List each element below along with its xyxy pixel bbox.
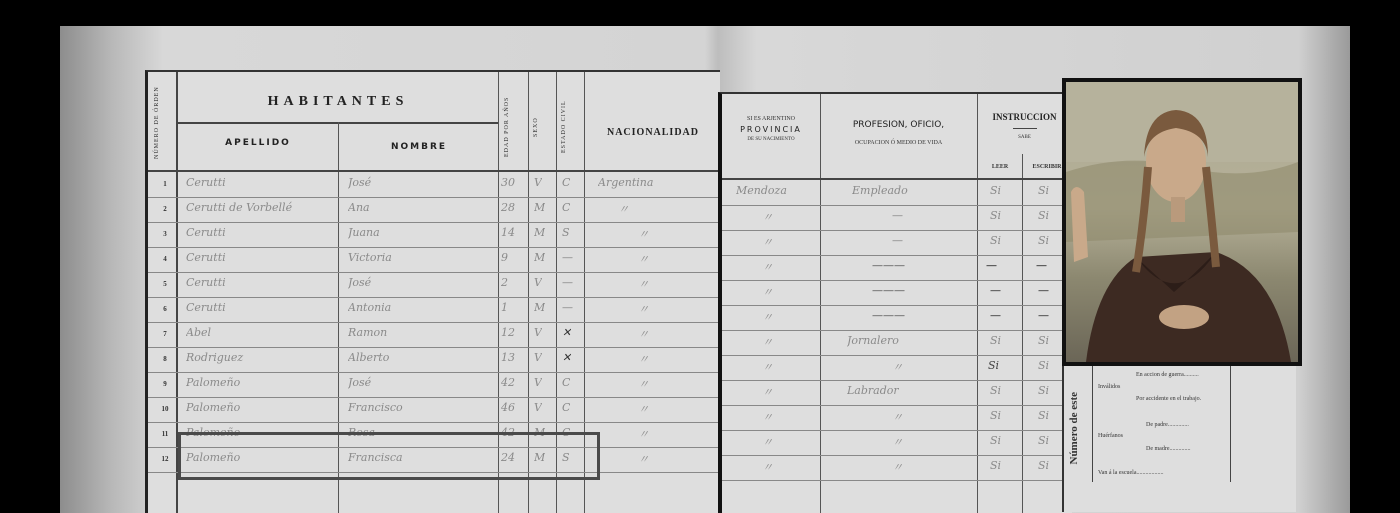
estado-cell: — <box>562 301 573 314</box>
apellido-cell: Cerutti de Vorbellé <box>186 201 336 214</box>
col-header-profesion: PROFESION, OFICIO, OCUPACION Ó MEDIO DE … <box>820 120 977 146</box>
nacionalidad-cell: 〃 <box>618 201 629 217</box>
table-row: 5 Cerutti José 2 V — 〃 <box>148 272 720 298</box>
apellido-cell: Palomeño <box>186 376 336 389</box>
estado-cell: — <box>562 251 573 264</box>
leer-cell: Si <box>990 409 1001 422</box>
table-row: 〃————— <box>722 255 1072 281</box>
table-row: 〃〃SiSi <box>722 455 1072 481</box>
instruccion-title: INSTRUCCION <box>977 112 1072 122</box>
nombre-cell: Juana <box>348 226 493 239</box>
escribir-cell: — <box>1038 309 1049 322</box>
estado-cell: — <box>562 276 573 289</box>
table-row: 6 Cerutti Antonia 1 M — 〃 <box>148 297 720 323</box>
leer-cell: — <box>990 309 1001 322</box>
nacionalidad-cell: 〃 <box>638 351 649 367</box>
provincia-cell: 〃 <box>762 259 773 275</box>
profesion-line-1: PROFESION, OFICIO, <box>820 120 977 130</box>
nacionalidad-cell: 〃 <box>638 401 649 417</box>
col-header-nacionalidad: NACIONALIDAD <box>588 127 718 138</box>
sexo-cell: M <box>534 226 545 239</box>
row-number: 8 <box>156 355 174 363</box>
profesion-cell: ——— <box>872 284 905 297</box>
profesion-cell: — <box>892 234 903 247</box>
sexo-cell: V <box>534 401 542 414</box>
provincia-line-1: SI ES ARJENTINO <box>722 116 820 122</box>
apellido-cell: Rodriguez <box>186 351 336 364</box>
highlight-box-rows-11-12 <box>178 432 600 480</box>
escribir-cell: Si <box>1038 184 1049 197</box>
apellido-cell: Cerutti <box>186 251 336 264</box>
table-row: MendozaEmpleadoSiSi <box>722 180 1072 206</box>
leer-cell: Si <box>990 459 1001 472</box>
edad-cell: 2 <box>501 276 508 289</box>
col-header-estado-civil: ESTADO CIVIL <box>561 92 567 162</box>
nacionalidad-cell: 〃 <box>638 251 649 267</box>
leer-cell: Si <box>990 334 1001 347</box>
row-number: 11 <box>156 430 174 438</box>
estado-cell: S <box>562 226 570 239</box>
nacionalidad-cell: 〃 <box>638 326 649 342</box>
huerfanos-item-padre: De padre.............. <box>1146 422 1189 428</box>
table-row: 〃〃SiSi <box>722 405 1072 431</box>
provincia-cell: 〃 <box>762 384 773 400</box>
row-number: 3 <box>156 230 174 238</box>
escuela-label: Van á la escuela.................. <box>1098 470 1163 476</box>
nacionalidad-cell: 〃 <box>638 301 649 317</box>
profesion-cell: — <box>892 209 903 222</box>
row-number: 4 <box>156 255 174 263</box>
apellido-cell: Abel <box>186 326 336 339</box>
escribir-cell: Si <box>1038 234 1049 247</box>
sexo-cell: V <box>534 326 542 339</box>
nombre-cell: Victoria <box>348 251 493 264</box>
row-number: 5 <box>156 280 174 288</box>
edad-cell: 1 <box>501 301 508 314</box>
edad-cell: 46 <box>501 401 515 414</box>
nombre-cell: José <box>348 276 493 289</box>
profesion-line-2: OCUPACION Ó MEDIO DE VIDA <box>820 140 977 146</box>
provincia-cell: 〃 <box>762 409 773 425</box>
edad-cell: 13 <box>501 351 515 364</box>
sexo-cell: M <box>534 201 545 214</box>
leer-cell: Si <box>990 209 1001 222</box>
estado-cell: C <box>562 176 570 189</box>
provincia-cell: 〃 <box>762 359 773 375</box>
profesion-cell: Jornalero <box>847 334 899 347</box>
estado-cell: C <box>562 376 570 389</box>
nombre-cell: Ramon <box>348 326 493 339</box>
col-header-numero-orden: NÚMERO DE ÓRDEN <box>154 80 160 165</box>
apellido-cell: Palomeño <box>186 401 336 414</box>
nombre-cell: Francisco <box>348 401 493 414</box>
nombre-cell: José <box>348 176 493 189</box>
profesion-cell: 〃 <box>892 359 903 375</box>
sexo-cell: V <box>534 351 542 364</box>
col-header-provincia: SI ES ARJENTINO PROVINCIA DE SU NACIMIEN… <box>722 116 820 142</box>
portrait-woman-illustration <box>1066 82 1298 362</box>
nacionalidad-cell: 〃 <box>638 376 649 392</box>
escribir-cell: Si <box>1038 359 1049 372</box>
table-row: 〃〃SiSi <box>722 355 1072 381</box>
provincia-cell: 〃 <box>762 334 773 350</box>
sabe-label: SABE <box>977 135 1072 140</box>
portrait-photo <box>1062 78 1302 366</box>
apellido-cell: Cerutti <box>186 276 336 289</box>
profesion-cell: 〃 <box>892 434 903 450</box>
profesion-cell: ——— <box>872 309 905 322</box>
table-row: 〃—SiSi <box>722 205 1072 231</box>
col-header-leer: LEER <box>980 164 1020 170</box>
provincia-cell: 〃 <box>762 309 773 325</box>
section-title-habitantes: HABITANTES <box>178 94 498 110</box>
escribir-cell: — <box>1038 284 1049 297</box>
provincia-cell: 〃 <box>762 234 773 250</box>
escribir-cell: Si <box>1038 409 1049 422</box>
provincia-cell: 〃 <box>762 284 773 300</box>
provincia-cell: 〃 <box>762 209 773 225</box>
edad-cell: 30 <box>501 176 515 189</box>
profesion-cell: ——— <box>872 259 905 272</box>
apellido-cell: Cerutti <box>186 226 336 239</box>
table-row: 〃————— <box>722 305 1072 331</box>
escribir-cell: Si <box>1038 334 1049 347</box>
edad-cell: 9 <box>501 251 508 264</box>
nombre-cell: Ana <box>348 201 493 214</box>
provincia-cell: 〃 <box>762 459 773 475</box>
sexo-cell: M <box>534 251 545 264</box>
nombre-cell: Alberto <box>348 351 493 364</box>
provincia-cell: 〃 <box>762 434 773 450</box>
table-row: 10 Palomeño Francisco 46 V C 〃 <box>148 397 720 423</box>
leer-cell: Si <box>990 234 1001 247</box>
provincia-cell: Mendoza <box>736 184 787 197</box>
sexo-cell: M <box>534 301 545 314</box>
edad-cell: 28 <box>501 201 515 214</box>
col-header-nombre: NOMBRE <box>340 142 498 152</box>
row-number: 7 <box>156 330 174 338</box>
escribir-cell: — <box>1036 259 1047 272</box>
escribir-cell: Si <box>1038 434 1049 447</box>
table-row: 4 Cerutti Victoria 9 M — 〃 <box>148 247 720 273</box>
table-row: 〃—SiSi <box>722 230 1072 256</box>
row-number: 2 <box>156 205 174 213</box>
table-row: 9 Palomeño José 42 V C 〃 <box>148 372 720 398</box>
profesion-cell: Labrador <box>847 384 899 397</box>
row-number: 12 <box>156 455 174 463</box>
table-row: 3 Cerutti Juana 14 M S 〃 <box>148 222 720 248</box>
invalidos-label: Inválidos <box>1098 384 1120 390</box>
leer-cell: Si <box>990 184 1001 197</box>
row-number: 10 <box>156 405 174 413</box>
invalidos-item-trabajo: Por accidente en el trabajo. <box>1136 396 1201 402</box>
col-header-instruccion: INSTRUCCION SABE <box>977 112 1072 140</box>
table-row: 1 Cerutti José 30 V C Argentina <box>148 172 720 198</box>
leer-cell: — <box>986 259 997 272</box>
nacionalidad-cell: 〃 <box>638 276 649 292</box>
table-row: 〃〃SiSi <box>722 430 1072 456</box>
estado-cell: C <box>562 201 570 214</box>
nacionalidad-cell: 〃 <box>638 226 649 242</box>
escribir-cell: Si <box>1038 459 1049 472</box>
table-row: 7 Abel Ramon 12 V ✕ 〃 <box>148 322 720 348</box>
escribir-cell: Si <box>1038 209 1049 222</box>
estado-cell: C <box>562 401 570 414</box>
table-row: 〃LabradorSiSi <box>722 380 1072 406</box>
estado-cell: ✕ <box>562 351 571 364</box>
col-header-sexo: SEXO <box>533 102 539 152</box>
estado-cell: ✕ <box>562 326 571 339</box>
sexo-cell: V <box>534 176 542 189</box>
nacionalidad-cell: Argentina <box>598 176 653 189</box>
table-row: 〃JornaleroSiSi <box>722 330 1072 356</box>
huerfanos-item-madre: De madre.............. <box>1146 446 1191 452</box>
nacionalidad-cell: 〃 <box>638 451 649 467</box>
edad-cell: 12 <box>501 326 515 339</box>
leer-cell: — <box>990 284 1001 297</box>
row-number: 1 <box>156 180 174 188</box>
provincia-line-3: DE SU NACIMIENTO <box>722 137 820 142</box>
edad-cell: 14 <box>501 226 515 239</box>
right-page: SI ES ARJENTINO PROVINCIA DE SU NACIMIEN… <box>718 92 1072 513</box>
row-number: 9 <box>156 380 174 388</box>
nombre-cell: Antonia <box>348 301 493 314</box>
col-header-edad: EDAD POR AÑOS <box>504 92 510 162</box>
table-row: 8 Rodriguez Alberto 13 V ✕ 〃 <box>148 347 720 373</box>
profesion-cell: 〃 <box>892 409 903 425</box>
nombre-cell: José <box>348 376 493 389</box>
nacionalidad-cell: 〃 <box>638 426 649 442</box>
edad-cell: 42 <box>501 376 515 389</box>
sexo-cell: V <box>534 276 542 289</box>
profesion-cell: 〃 <box>892 459 903 475</box>
apellido-cell: Cerutti <box>186 176 336 189</box>
huerfanos-label: Huérfanos <box>1098 433 1123 439</box>
apellido-cell: Cerutti <box>186 301 336 314</box>
escribir-cell: Si <box>1038 384 1049 397</box>
col-header-apellido: APELLIDO <box>178 138 338 148</box>
provincia-line-2: PROVINCIA <box>722 125 820 134</box>
row-number: 6 <box>156 305 174 313</box>
leer-cell: Si <box>988 359 999 372</box>
vertical-label-numero: Número de este <box>1068 392 1080 465</box>
leer-cell: Si <box>990 434 1001 447</box>
sexo-cell: V <box>534 376 542 389</box>
table-row: 〃————— <box>722 280 1072 306</box>
invalidos-item-guerra: En accion de guerra.......... <box>1136 372 1199 378</box>
table-row: 2 Cerutti de Vorbellé Ana 28 M C 〃 <box>148 197 720 223</box>
profesion-cell: Empleado <box>852 184 908 197</box>
leer-cell: Si <box>990 384 1001 397</box>
